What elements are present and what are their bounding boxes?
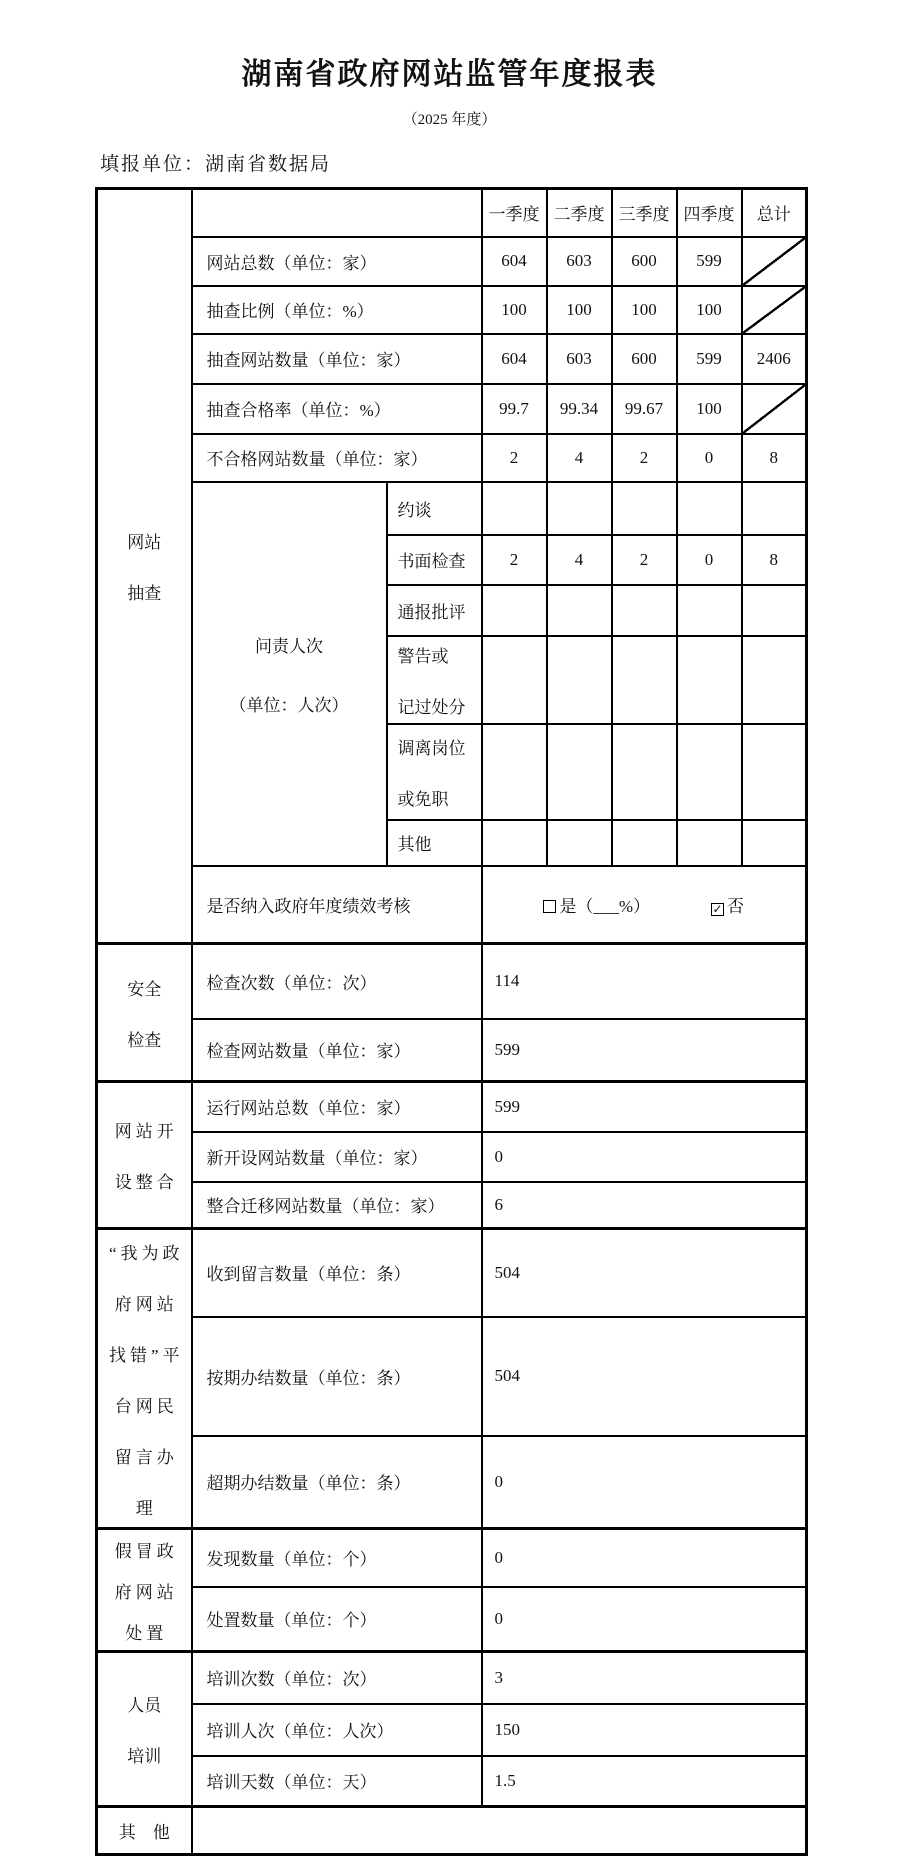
section-line: 网站开 xyxy=(115,1117,178,1142)
cell-q4: 599 xyxy=(677,237,742,286)
cell-q4: 0 xyxy=(677,434,742,482)
cell-q3: 100 xyxy=(612,286,677,334)
page-title: 湖南省政府网站监管年度报表 xyxy=(0,58,899,92)
row-label-sampling-ratio: 抽查比例（单位：%） xyxy=(192,286,482,334)
section-label-other: 其 他 xyxy=(97,1807,192,1855)
sub-label-written-review: 书面检查 xyxy=(387,535,482,585)
diagonal-cell xyxy=(742,237,807,286)
value-cell: 0 xyxy=(482,1436,807,1529)
cell-q3: 600 xyxy=(612,237,677,286)
cell-q1: 99.7 xyxy=(482,384,547,434)
value-cell: 0 xyxy=(482,1529,807,1587)
sub-label-warning: 警告或 记过处分 xyxy=(387,636,482,724)
quarter-header-q2: 二季度 xyxy=(547,189,612,237)
empty-cell xyxy=(742,482,807,535)
cell-total: 8 xyxy=(742,434,807,482)
cell-q4: 100 xyxy=(677,384,742,434)
section-line: 理 xyxy=(136,1494,157,1519)
checkbox-yes xyxy=(543,900,556,913)
section-line: 处置 xyxy=(125,1619,167,1644)
empty-cell xyxy=(547,636,612,724)
cell-q3: 600 xyxy=(612,334,677,384)
sub-label-removal: 调离岗位 或免职 xyxy=(387,724,482,820)
row-label-failed-sites: 不合格网站数量（单位：家） xyxy=(192,434,482,482)
row-label: 检查网站数量（单位：家） xyxy=(192,1019,482,1082)
empty-cell xyxy=(742,820,807,866)
section-line: 台网民 xyxy=(115,1392,178,1417)
row-label: 发现数量（单位：个） xyxy=(192,1529,482,1587)
row-label: 检查次数（单位：次） xyxy=(192,944,482,1019)
empty-cell xyxy=(547,585,612,636)
cell-q3: 2 xyxy=(612,535,677,585)
row-label: 按期办结数量（单位：条） xyxy=(192,1317,482,1436)
cell-q1: 2 xyxy=(482,535,547,585)
sub-label-line: 警告或 xyxy=(398,642,449,667)
empty-cell xyxy=(482,585,547,636)
cell-q1: 2 xyxy=(482,434,547,482)
row-label: 处置数量（单位：个） xyxy=(192,1587,482,1652)
empty-cell xyxy=(742,724,807,820)
cell-q3: 99.67 xyxy=(612,384,677,434)
section-line: 留言办 xyxy=(115,1443,178,1468)
cell-q4: 0 xyxy=(677,535,742,585)
empty-cell xyxy=(677,585,742,636)
cell-q1: 604 xyxy=(482,334,547,384)
page-subtitle: （2025 年度） xyxy=(0,108,899,129)
value-cell: 114 xyxy=(482,944,807,1019)
cell-q2: 99.34 xyxy=(547,384,612,434)
section-line: 设整合 xyxy=(115,1168,178,1193)
cell-q1: 100 xyxy=(482,286,547,334)
cell-q4: 100 xyxy=(677,286,742,334)
quarter-header-total: 总计 xyxy=(742,189,807,237)
cell-q4: 599 xyxy=(677,334,742,384)
accountability-line: （单位：人次） xyxy=(230,691,349,716)
section-line: “我为政 xyxy=(109,1239,184,1264)
empty-cell xyxy=(742,585,807,636)
quarter-header-q4: 四季度 xyxy=(677,189,742,237)
empty-cell xyxy=(482,636,547,724)
sub-label-line: 调离岗位 xyxy=(398,734,466,759)
assessment-options-cell: 是（___%） ✓否 xyxy=(482,866,807,944)
value-cell: 599 xyxy=(482,1019,807,1082)
option-yes-label: 是（___%） xyxy=(559,897,650,916)
empty-cell xyxy=(677,636,742,724)
section-line: 检查 xyxy=(127,1026,161,1051)
option-no: ✓否 xyxy=(711,892,744,917)
empty-cell xyxy=(482,820,547,866)
cell-q2: 100 xyxy=(547,286,612,334)
section-line: 培训 xyxy=(127,1742,161,1767)
row-label: 培训天数（单位：天） xyxy=(192,1756,482,1807)
row-label-pass-rate: 抽查合格率（单位：%） xyxy=(192,384,482,434)
empty-cell xyxy=(612,585,677,636)
sub-label-interview: 约谈 xyxy=(387,482,482,535)
row-label-total-sites: 网站总数（单位：家） xyxy=(192,237,482,286)
empty-cell xyxy=(547,482,612,535)
section-line: 府网站 xyxy=(115,1290,178,1315)
quarter-header-q3: 三季度 xyxy=(612,189,677,237)
accountability-line: 问责人次 xyxy=(255,632,323,657)
sub-label-criticism: 通报批评 xyxy=(387,585,482,636)
section-label-error-platform: “我为政 府网站 找错”平 台网民 留言办 理 xyxy=(97,1229,192,1529)
section-line: 人员 xyxy=(127,1691,161,1716)
report-table: 网站 抽查 一季度 二季度 三季度 四季度 总计 网站总数（单位：家） 604 … xyxy=(95,187,808,1856)
row-label: 新开设网站数量（单位：家） xyxy=(192,1132,482,1182)
option-yes: 是（___%） xyxy=(543,892,650,917)
value-cell: 599 xyxy=(482,1082,807,1132)
row-label: 整合迁移网站数量（单位：家） xyxy=(192,1182,482,1229)
report-page: 湖南省政府网站监管年度报表 （2025 年度） 填报单位：湖南省数据局 网站 抽… xyxy=(0,0,899,1858)
empty-cell xyxy=(612,482,677,535)
section-label-training: 人员 培训 xyxy=(97,1652,192,1807)
empty-cell xyxy=(612,724,677,820)
cell-q2: 603 xyxy=(547,334,612,384)
value-cell: 3 xyxy=(482,1652,807,1704)
empty-cell xyxy=(612,820,677,866)
section-label-website-sampling: 网站 抽查 xyxy=(97,189,192,944)
cell-q3: 2 xyxy=(612,434,677,482)
sub-label-line: 记过处分 xyxy=(398,693,466,718)
cell-q1: 604 xyxy=(482,237,547,286)
row-label: 培训人次（单位：人次） xyxy=(192,1704,482,1756)
row-label-assessment: 是否纳入政府年度绩效考核 xyxy=(192,866,482,944)
sub-label-line: 或免职 xyxy=(398,785,449,810)
section-label-security-check: 安全 检查 xyxy=(97,944,192,1082)
empty-cell xyxy=(612,636,677,724)
empty-cell xyxy=(482,482,547,535)
section-line: 府网站 xyxy=(115,1578,178,1603)
sub-label-other: 其他 xyxy=(387,820,482,866)
quarter-header-q1: 一季度 xyxy=(482,189,547,237)
section-line: 假冒政 xyxy=(115,1537,178,1562)
empty-cell xyxy=(547,820,612,866)
section-line: 抽查 xyxy=(127,579,161,604)
row-label: 培训次数（单位：次） xyxy=(192,1652,482,1704)
empty-cell xyxy=(192,1807,807,1855)
section-line: 网站 xyxy=(127,528,161,553)
row-label-sampled-sites: 抽查网站数量（单位：家） xyxy=(192,334,482,384)
cell-q2: 603 xyxy=(547,237,612,286)
empty-cell xyxy=(482,724,547,820)
value-cell: 0 xyxy=(482,1132,807,1182)
row-label: 收到留言数量（单位：条） xyxy=(192,1229,482,1317)
reporting-unit: 填报单位：湖南省数据局 xyxy=(100,149,899,176)
checkbox-no: ✓ xyxy=(711,903,724,916)
section-line: 安全 xyxy=(127,975,161,1000)
value-cell: 504 xyxy=(482,1229,807,1317)
row-label: 超期办结数量（单位：条） xyxy=(192,1436,482,1529)
accountability-label: 问责人次 （单位：人次） xyxy=(192,482,387,866)
value-cell: 504 xyxy=(482,1317,807,1436)
diagonal-cell xyxy=(742,286,807,334)
empty-cell xyxy=(742,636,807,724)
row-label: 运行网站总数（单位：家） xyxy=(192,1082,482,1132)
empty-cell xyxy=(677,482,742,535)
diagonal-cell xyxy=(742,384,807,434)
cell-q2: 4 xyxy=(547,434,612,482)
empty-cell xyxy=(677,724,742,820)
value-cell: 0 xyxy=(482,1587,807,1652)
empty-cell xyxy=(547,724,612,820)
empty-cell xyxy=(677,820,742,866)
section-label-fake-sites: 假冒政 府网站 处置 xyxy=(97,1529,192,1652)
value-cell: 1.5 xyxy=(482,1756,807,1807)
value-cell: 150 xyxy=(482,1704,807,1756)
option-no-label: 否 xyxy=(727,897,744,916)
empty-cell xyxy=(192,189,482,237)
section-label-site-consolidation: 网站开 设整合 xyxy=(97,1082,192,1229)
cell-total: 8 xyxy=(742,535,807,585)
cell-q2: 4 xyxy=(547,535,612,585)
cell-total: 2406 xyxy=(742,334,807,384)
section-line: 找错”平 xyxy=(109,1341,184,1366)
value-cell: 6 xyxy=(482,1182,807,1229)
